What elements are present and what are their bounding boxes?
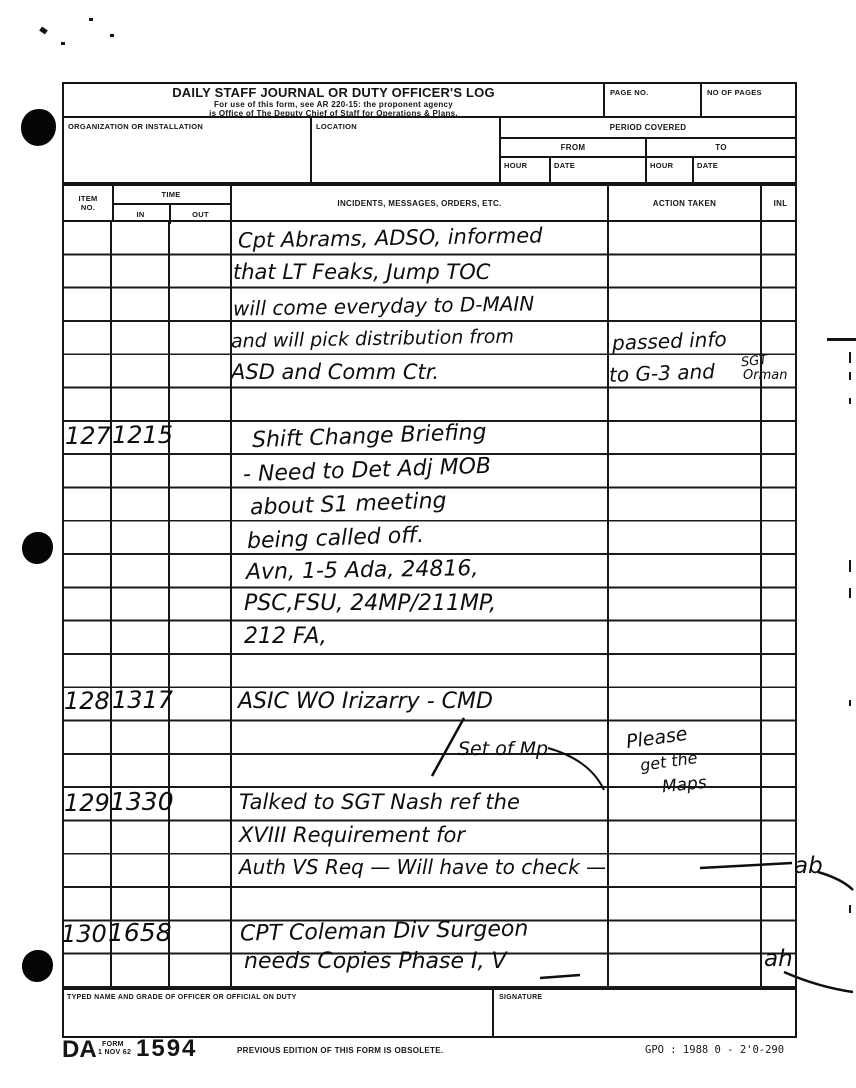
grid-line-in-out bbox=[168, 222, 170, 988]
period-covered-box: PERIOD COVERED FROM TO HOUR DATE HOUR DA… bbox=[499, 116, 797, 184]
form-id-line: DA FORM 1 NOV 62 1594 PREVIOUS EDITION O… bbox=[62, 1036, 797, 1070]
item-no: 130 bbox=[61, 922, 107, 946]
form-title: DAILY STAFF JOURNAL OR DUTY OFFICER'S LO… bbox=[172, 85, 495, 100]
incident-line: Cpt Abrams, ADSO, informed bbox=[238, 225, 543, 251]
to-label: TO bbox=[647, 139, 795, 156]
item-no: 129 bbox=[64, 791, 110, 815]
item-label: ITEM bbox=[78, 194, 97, 203]
date-label: DATE bbox=[694, 158, 795, 170]
form-title-box: DAILY STAFF JOURNAL OR DUTY OFFICER'S LO… bbox=[62, 82, 605, 118]
period-covered-label: PERIOD COVERED bbox=[501, 118, 795, 139]
da-abbrev: DA bbox=[62, 1036, 97, 1064]
incident-line: ASD and Comm Ctr. bbox=[231, 362, 439, 383]
scan-artifact bbox=[849, 905, 851, 913]
location-box: LOCATION bbox=[310, 116, 501, 184]
action-line: Maps bbox=[661, 775, 707, 797]
page-no-label: PAGE NO. bbox=[610, 88, 649, 97]
item-no: 128 bbox=[64, 689, 110, 713]
action-line: to G-3 and bbox=[609, 361, 715, 385]
scan-speck bbox=[110, 34, 114, 37]
from-label: FROM bbox=[501, 139, 647, 156]
no-of-pages-label: NO OF PAGES bbox=[707, 88, 762, 97]
scan-artifact bbox=[849, 352, 851, 363]
gpo-note: GPO : 1988 0 - 2'0-290 bbox=[645, 1044, 784, 1056]
scan-artifact bbox=[849, 700, 851, 706]
scanned-da-form-1594: DAILY STAFF JOURNAL OR DUTY OFFICER'S LO… bbox=[0, 0, 856, 1088]
grid-line-action-inl bbox=[760, 222, 762, 988]
page-no-box: PAGE NO. bbox=[603, 82, 702, 118]
incident-line: Auth VS Req — Will have to check — bbox=[239, 857, 606, 877]
punch-hole bbox=[22, 950, 53, 982]
grid-line-incidents-action bbox=[607, 222, 609, 988]
form-number: 1594 bbox=[136, 1035, 197, 1063]
typed-name-box: TYPED NAME AND GRADE OF OFFICER OR OFFIC… bbox=[62, 988, 494, 1038]
organization-box: ORGANIZATION OR INSTALLATION bbox=[62, 116, 312, 184]
time-in: 1215 bbox=[112, 423, 173, 447]
col-time: TIME IN OUT bbox=[112, 186, 232, 220]
table-header: ITEM NO. TIME IN OUT INCIDENTS, MESSAGES… bbox=[62, 184, 797, 222]
signature-label: SIGNATURE bbox=[499, 994, 542, 1001]
incident-line: XVIII Requirement for bbox=[239, 825, 465, 846]
scan-artifact bbox=[849, 560, 851, 572]
action-line: passed info bbox=[612, 329, 727, 353]
scan-artifact bbox=[849, 372, 851, 380]
col-action: ACTION TAKEN bbox=[609, 186, 762, 220]
incident-line: will come everyday to D-MAIN bbox=[233, 293, 535, 318]
incident-line: ASIC WO Irizarry - CMD bbox=[238, 691, 493, 713]
date-label: DATE bbox=[551, 158, 645, 170]
incident-line: needs Copies Phase I, V bbox=[244, 951, 507, 973]
scan-speck bbox=[39, 26, 48, 34]
from-hour-cell: HOUR bbox=[501, 158, 551, 186]
form-subtitle-1: For use of this form, see AR 220-15: the… bbox=[214, 100, 453, 109]
obsolete-note: PREVIOUS EDITION OF THIS FORM IS OBSOLET… bbox=[237, 1046, 443, 1055]
grid-line-item bbox=[110, 222, 112, 988]
to-hour-cell: HOUR bbox=[647, 158, 694, 186]
form-word: FORM bbox=[102, 1041, 124, 1048]
scan-artifact bbox=[849, 398, 851, 404]
time-in: 1317 bbox=[112, 688, 173, 712]
time-in: 1330 bbox=[110, 789, 174, 814]
incident-line: CPT Coleman Div Surgeon bbox=[240, 918, 529, 945]
punch-hole bbox=[21, 109, 56, 146]
to-date-cell: DATE bbox=[694, 158, 795, 186]
initials: ab bbox=[794, 855, 823, 878]
hour-label: HOUR bbox=[647, 158, 692, 170]
scan-artifact bbox=[827, 338, 856, 341]
signature-box: SIGNATURE bbox=[492, 988, 797, 1038]
scan-speck bbox=[61, 42, 65, 45]
initials: ah bbox=[764, 948, 793, 971]
incident-line: Avn, 1-5 Ada, 24816, bbox=[246, 558, 479, 584]
incident-line: Talked to SGT Nash ref the bbox=[239, 792, 520, 813]
incident-line: that LT Feaks, Jump TOC bbox=[233, 262, 490, 283]
punch-hole bbox=[22, 532, 53, 564]
no-of-pages-box: NO OF PAGES bbox=[700, 82, 797, 118]
typed-name-label: TYPED NAME AND GRADE OF OFFICER OR OFFIC… bbox=[67, 994, 297, 1001]
hour-label: HOUR bbox=[501, 158, 549, 170]
time-in: 1658 bbox=[108, 920, 172, 945]
time-label: TIME bbox=[112, 186, 230, 205]
action-line: SGT bbox=[740, 354, 767, 370]
form-date: 1 NOV 62 bbox=[98, 1049, 131, 1056]
scan-artifact bbox=[849, 588, 851, 598]
col-inl: INL bbox=[762, 186, 799, 220]
scan-speck bbox=[89, 18, 93, 21]
col-incidents: INCIDENTS, MESSAGES, ORDERS, ETC. bbox=[232, 186, 609, 220]
from-date-cell: DATE bbox=[551, 158, 647, 186]
location-label: LOCATION bbox=[316, 122, 357, 131]
incident-line: and will pick distribution from bbox=[231, 328, 514, 352]
incident-line: PSC,FSU, 24MP/211MP, bbox=[244, 593, 496, 615]
item-no: 127 bbox=[65, 424, 111, 448]
action-line: Orman bbox=[743, 369, 787, 382]
incident-line: Set of Mp bbox=[458, 740, 548, 759]
incident-line: 212 FA, bbox=[244, 626, 327, 648]
organization-label: ORGANIZATION OR INSTALLATION bbox=[68, 122, 203, 131]
item-label2: NO. bbox=[81, 203, 95, 212]
col-item: ITEM NO. bbox=[64, 186, 114, 220]
